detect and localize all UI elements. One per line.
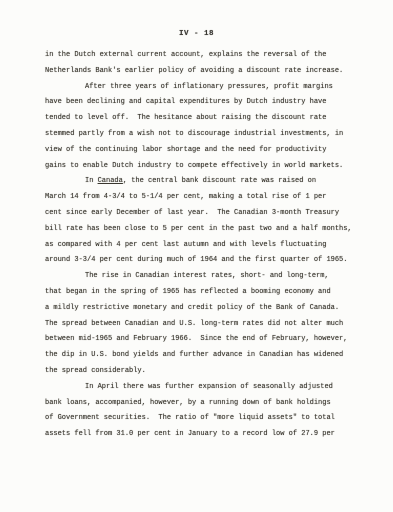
text-line: that began in the spring of 1965 has ref… [45, 285, 363, 301]
text-line: a mildly restrictive monetary and credit… [45, 301, 363, 317]
text-line: assets fell from 31.0 per cent in Januar… [45, 427, 363, 443]
document-page: IV - 18 in the Dutch external current ac… [0, 0, 393, 512]
text-line: cent since early December of last year. … [45, 206, 363, 222]
text-line: The spread between Canadian and U.S. lon… [45, 317, 363, 333]
text-line: Netherlands Bank's earlier policy of avo… [45, 64, 363, 80]
text-segment: , the central bank discount rate was rai… [123, 177, 316, 185]
text-line: The rise in Canadian interest rates, sho… [45, 269, 363, 285]
text-line: in the Dutch external current account, e… [45, 48, 363, 64]
text-line: bill rate has been close to 5 per cent i… [45, 222, 363, 238]
text-line: of Government securities. The ratio of "… [45, 411, 363, 427]
page-number: IV - 18 [0, 30, 393, 38]
text-line: tended to level off. The hesitance about… [45, 111, 363, 127]
text-line: the spread considerably. [45, 364, 363, 380]
document-body: in the Dutch external current account, e… [45, 48, 363, 443]
text-line: March 14 from 4-3/4 to 5-1/4 per cent, m… [45, 190, 363, 206]
text-line: around 3-3/4 per cent during much of 196… [45, 253, 363, 269]
text-line: In April there was further expansion of … [45, 380, 363, 396]
text-line: between mid-1965 and February 1966. Sinc… [45, 332, 363, 348]
text-segment: In [85, 177, 98, 185]
text-line: In Canada, the central bank discount rat… [45, 174, 363, 190]
text-line: gains to enable Dutch industry to compet… [45, 159, 363, 175]
text-line: stemmed partly from a wish not to discou… [45, 127, 363, 143]
underlined-text: Canada [98, 177, 123, 185]
text-line: view of the continuing labor shortage an… [45, 143, 363, 159]
text-line: have been declining and capital expendit… [45, 95, 363, 111]
text-line: After three years of inflationary pressu… [45, 80, 363, 96]
text-line: the dip in U.S. bond yields and further … [45, 348, 363, 364]
text-line: as compared with 4 per cent last autumn … [45, 238, 363, 254]
text-line: bank loans, accompanied, however, by a r… [45, 396, 363, 412]
